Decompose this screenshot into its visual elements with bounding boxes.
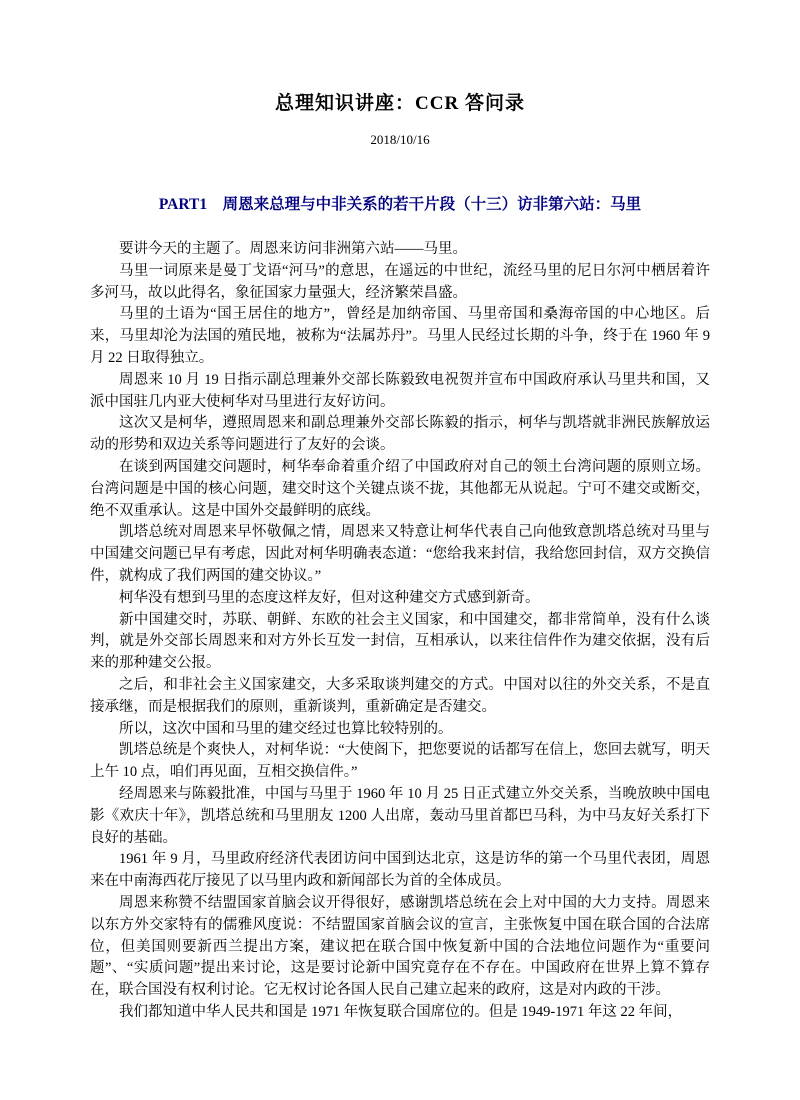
body-paragraph: 经周恩来与陈毅批准，中国与马里于 1960 年 10 月 25 日正式建立外交关… [90, 784, 710, 849]
body-paragraph: 我们都知道中华人民共和国是 1971 年恢复联合国席位的。但是 1949-197… [90, 1002, 710, 1024]
body-paragraph: 要讲今天的主题了。周恩来访问非洲第六站——马里。 [90, 239, 710, 261]
body-paragraph: 周恩来称赞不结盟国家首脑会议开得很好，感谢凯塔总统在会上对中国的大力支持。周恩来… [90, 893, 710, 1002]
body-paragraph: 这次又是柯华，遵照周恩来和副总理兼外交部长陈毅的指示，柯华与凯塔就非洲民族解放运… [90, 413, 710, 457]
body-paragraph: 之后，和非社会主义国家建交，大多采取谈判建交的方式。中国对以往的外交关系，不是直… [90, 675, 710, 719]
document-body: 要讲今天的主题了。周恩来访问非洲第六站——马里。马里一词原来是曼丁戈语“河马”的… [90, 239, 710, 1024]
body-paragraph: 1961 年 9 月，马里政府经济代表团访问中国到达北京，这是访华的第一个马里代… [90, 849, 710, 893]
body-paragraph: 马里的土语为“国王居住的地方”，曾经是加纳帝国、马里帝国和桑海帝国的中心地区。后… [90, 304, 710, 369]
document-title: 总理知识讲座：CCR 答问录 [0, 0, 800, 114]
body-paragraph: 周恩来 10 月 19 日指示副总理兼外交部长陈毅致电祝贺并宣布中国政府承认马里… [90, 370, 710, 414]
document-page: 总理知识讲座：CCR 答问录 2018/10/16 PART1 周恩来总理与中非… [0, 0, 800, 1100]
body-paragraph: 新中国建交时，苏联、朝鲜、东欧的社会主义国家，和中国建交，都非常简单，没有什么谈… [90, 610, 710, 675]
body-paragraph: 马里一词原来是曼丁戈语“河马”的意思，在遥远的中世纪，流经马里的尼日尔河中栖居着… [90, 261, 710, 305]
body-paragraph: 在谈到两国建交问题时，柯华奉命着重介绍了中国政府对自己的领土台湾问题的原则立场。… [90, 457, 710, 522]
section-heading: PART1 周恩来总理与中非关系的若干片段（十三）访非第六站：马里 [0, 195, 800, 214]
body-paragraph: 柯华没有想到马里的态度这样友好，但对这种建交方式感到新奇。 [90, 588, 710, 610]
body-paragraph: 凯塔总统是个爽快人，对柯华说：“大使阁下，把您要说的话都写在信上，您回去就写，明… [90, 740, 710, 784]
body-paragraph: 凯塔总统对周恩来早怀敬佩之情，周恩来又特意让柯华代表自己向他致意凯塔总统对马里与… [90, 522, 710, 587]
body-paragraph: 所以，这次中国和马里的建交经过也算比较特别的。 [90, 719, 710, 741]
document-date: 2018/10/16 [0, 132, 800, 147]
